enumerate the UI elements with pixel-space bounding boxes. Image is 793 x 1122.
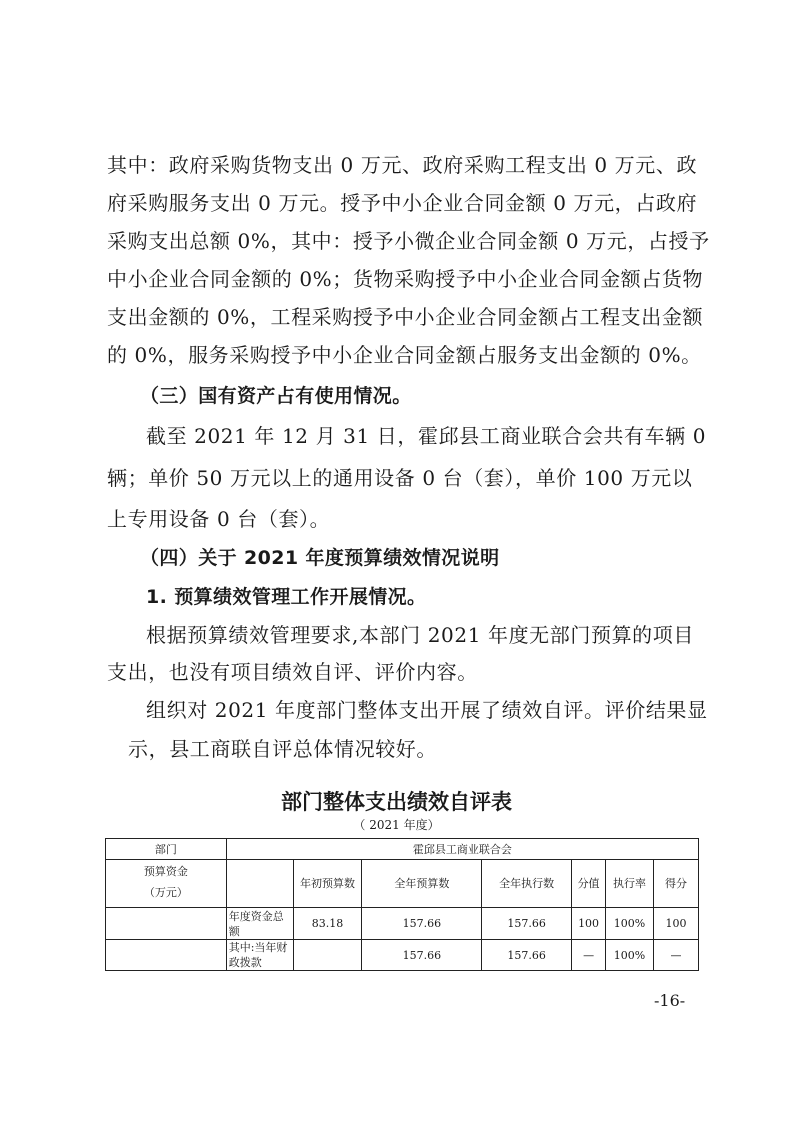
dept-value: 霍邱县工商业联合会 [226,839,698,860]
text-line: 其中：政府采购货物支出 0 万元、政府采购工程支出 0 万元、政 [107,153,697,177]
budget-label-unit: （万元） [108,885,224,900]
cell-score: 100 [654,908,699,940]
section-heading-assets: （三）国有资产占有使用情况。 [140,384,412,408]
text-line: 采购支出总额 0%，其中：授予小微企业合同金额 0 万元，占授予 [107,229,710,253]
header-score-value: 分值 [572,860,606,908]
text-line: 府采购服务支出 0 万元。授予中小企业合同金额 0 万元，占政府 [107,191,697,215]
text-line: 支出，也没有项目绩效自评、评价内容。 [107,660,478,684]
section-heading-performance: （四）关于 2021 年度预算绩效情况说明 [140,546,500,570]
table-subtitle: （ 2021 年度） [0,816,793,833]
table-row: 年度资金总额 83.18 157.66 157.66 100 100% 100 [106,908,699,940]
cell-annual: 157.66 [362,908,482,940]
row-label: 其中:当年财政拨款 [226,940,293,971]
text-line: 中小企业合同金额的 0%；货物采购授予中小企业合同金额占货物 [107,267,703,291]
cell-executed: 157.66 [482,908,572,940]
header-initial: 年初预算数 [293,860,362,908]
cell-score-value: — [572,940,606,971]
header-rate: 执行率 [606,860,654,908]
header-score: 得分 [654,860,699,908]
row-label: 年度资金总额 [226,908,293,940]
cell-rate: 100% [606,908,654,940]
text-line: 上专用设备 0 台（套）。 [107,507,330,531]
cell-score: — [654,940,699,971]
performance-table: 部门 霍邱县工商业联合会 预算资金 （万元） 年初预算数 全年预算数 全年执行数… [105,838,699,971]
table-row: 部门 霍邱县工商业联合会 [106,839,699,860]
page-number: -16- [654,991,685,1010]
text-line: 的 0%，服务采购授予中小企业合同金额占服务支出金额的 0%。 [107,343,702,367]
text-line: 截至 2021 年 12 月 31 日，霍邱县工商业联合会共有车辆 0 [146,424,706,448]
cell-initial: 83.18 [293,908,362,940]
header-annual: 全年预算数 [362,860,482,908]
subsection-heading: 1. 预算绩效管理工作开展情况。 [146,585,426,609]
dept-label: 部门 [106,839,227,860]
text-line: 辆；单价 50 万元以上的通用设备 0 台（套），单价 100 万元以 [107,466,693,490]
cell-executed: 157.66 [482,940,572,971]
cell-rate: 100% [606,940,654,971]
budget-label: 预算资金 （万元） [106,860,227,908]
text-line: 组织对 2021 年度部门整体支出开展了绩效自评。评价结果显 [146,698,708,722]
cell-score-value: 100 [572,908,606,940]
cell-annual: 157.66 [362,940,482,971]
text-line: 支出金额的 0%，工程采购授予中小企业合同金额占工程支出金额 [107,305,703,329]
budget-label-line: 预算资金 [108,864,224,879]
empty-cell [106,940,227,971]
header-executed: 全年执行数 [482,860,572,908]
empty-cell [106,908,227,940]
table-header-row: 预算资金 （万元） 年初预算数 全年预算数 全年执行数 分值 执行率 得分 [106,860,699,908]
text-line: 根据预算绩效管理要求,本部门 2021 年度无部门预算的项目 [146,623,694,647]
text-line: 示，县工商联自评总体情况较好。 [128,737,437,761]
table-row: 其中:当年财政拨款 157.66 157.66 — 100% — [106,940,699,971]
table-title: 部门整体支出绩效自评表 [0,786,793,816]
cell-initial [293,940,362,971]
empty-cell [226,860,293,908]
